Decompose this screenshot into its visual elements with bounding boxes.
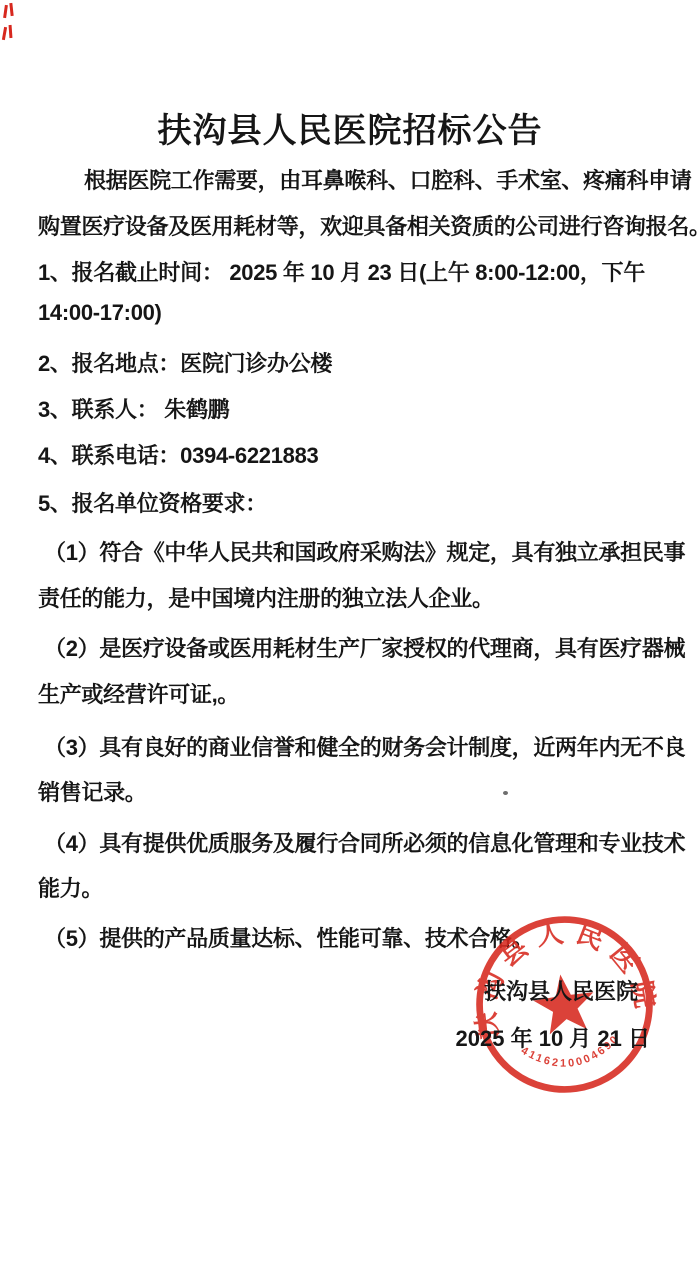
ink-speck (503, 791, 508, 795)
item-1-line-1: 1、报名截止时间： 2025 年 10 月 23 日(上午 8:00-12:00… (38, 256, 645, 287)
print-artifact (3, 5, 8, 18)
item-5: 5、报名单位资格要求： (38, 487, 267, 518)
signature-date: 2025 年 10 月 21 日 (456, 1022, 650, 1053)
intro-line-2: 购置医疗设备及医用耗材等，欢迎具备相关资质的公司进行咨询报名。 (38, 210, 700, 241)
item-2: 2、报名地点：医院门诊办公楼 (38, 347, 332, 378)
print-artifact (9, 3, 13, 16)
scanned-announcement-page: 扶沟县人民医院招标公告 根据医院工作需要，由耳鼻喉科、口腔科、手术室、疼痛科申请… (0, 0, 700, 1270)
item-1-line-2: 14:00-17:00) (38, 300, 162, 326)
sub-item-4-line-2: 能力。 (38, 872, 103, 903)
item-3: 3、联系人： 朱鹤鹏 (38, 393, 229, 424)
intro-line-1: 根据医院工作需要，由耳鼻喉科、口腔科、手术室、疼痛科申请 (84, 164, 692, 195)
signature-org-name: 扶沟县人民医院 (484, 975, 638, 1006)
sub-item-2-line-1: （2）是医疗设备或医用耗材生产厂家授权的代理商，具有医疗器械 (44, 632, 685, 663)
sub-item-4-line-1: （4）具有提供优质服务及履行合同所必须的信息化管理和专业技术 (44, 827, 685, 858)
print-artifact (2, 27, 7, 40)
sub-item-2-line-2: 生产或经营许可证,。 (38, 678, 239, 709)
sub-item-1-line-2: 责任的能力，是中国境内注册的独立法人企业。 (38, 582, 494, 613)
print-artifact (9, 25, 13, 38)
sub-item-3-line-2: 销售记录。 (38, 776, 147, 807)
sub-item-1-line-1: （1）符合《中华人民共和国政府采购法》规定，具有独立承担民事 (44, 536, 685, 567)
item-4: 4、联系电话：0394-6221883 (38, 439, 318, 470)
document-title: 扶沟县人民医院招标公告 (0, 103, 700, 152)
sub-item-3-line-1: （3）具有良好的商业信誉和健全的财务会计制度，近两年内无不良 (44, 731, 685, 762)
